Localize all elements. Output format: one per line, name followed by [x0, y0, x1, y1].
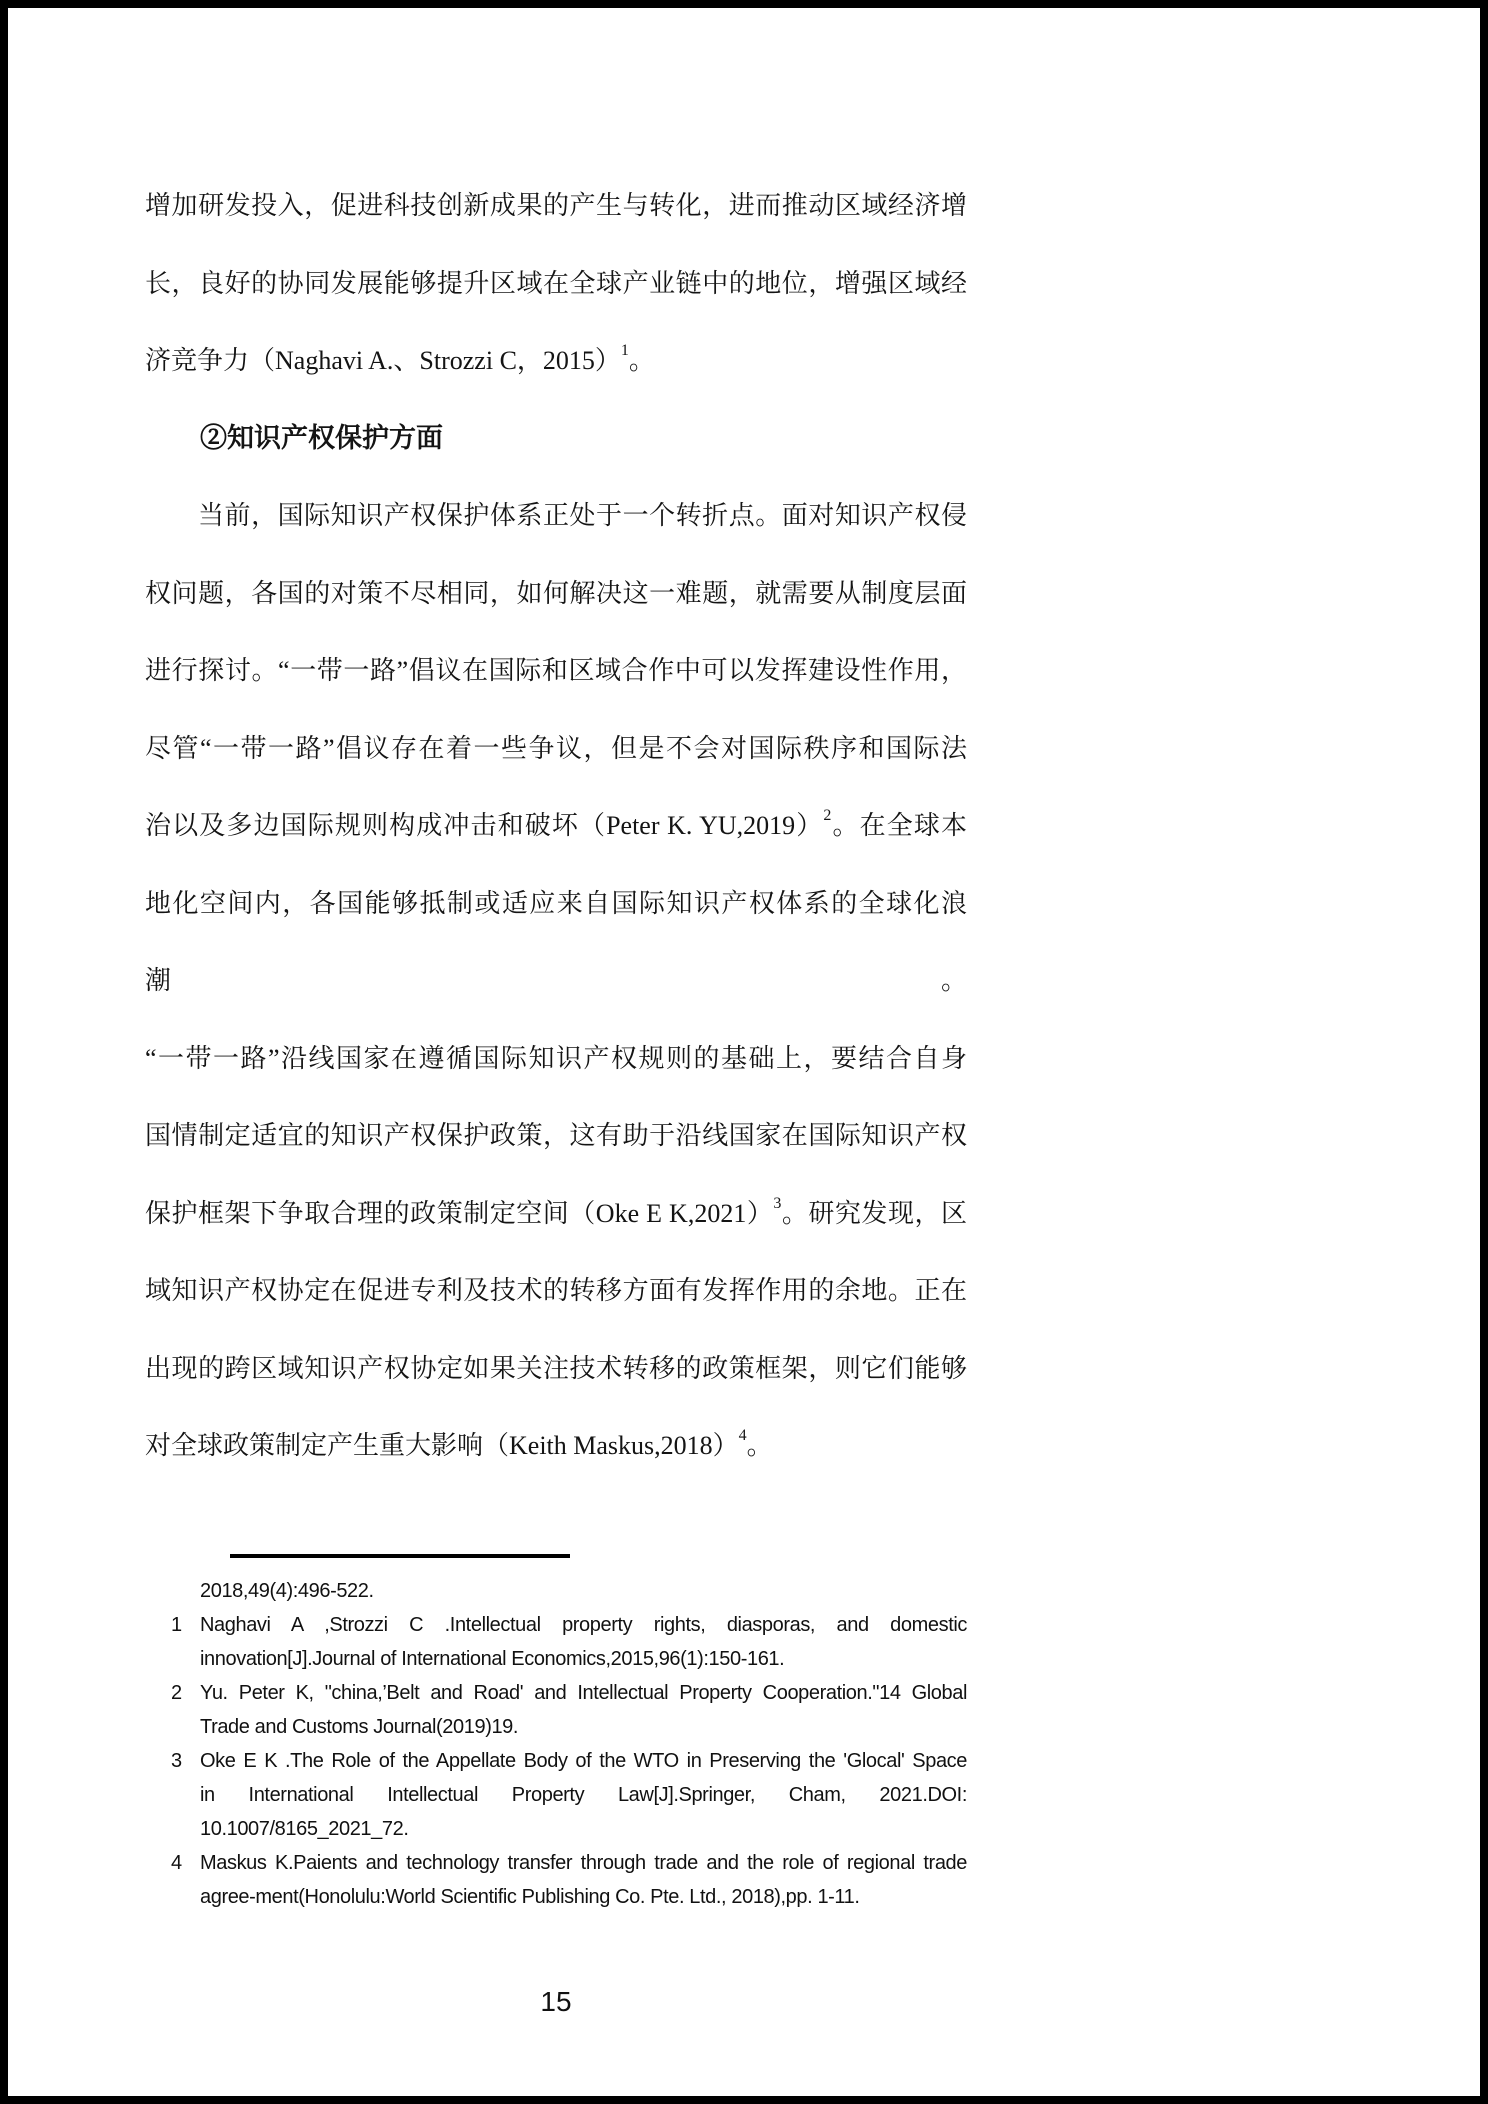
text-line: 对全球政策制定产生重大影响（Keith Maskus,2018）4。 — [145, 1407, 967, 1485]
footnote-line: in International Intellectual Property L… — [200, 1778, 967, 1812]
text-line: 国情制定适宜的知识产权保护政策，这有助于沿线国家在国际知识产权 — [145, 1097, 967, 1175]
text-line: 地化空间内，各国能够抵制或适应来自国际知识产权体系的全球化浪潮。 — [145, 865, 967, 1020]
text-line: 增加研发投入，促进科技创新成果的产生与转化，进而推动区域经济增 — [145, 167, 967, 245]
body-text: 增加研发投入，促进科技创新成果的产生与转化，进而推动区域经济增 长，良好的协同发… — [145, 167, 967, 1485]
footnote-line: Oke E K .The Role of the Appellate Body … — [200, 1744, 967, 1778]
text-line: 进行探讨。“一带一路”倡议在国际和区域合作中可以发挥建设性作用， — [145, 632, 967, 710]
document-page: 增加研发投入，促进科技创新成果的产生与转化，进而推动区域经济增 长，良好的协同发… — [0, 0, 1488, 2104]
footnote-continuation: 2018,49(4):496-522. — [145, 1574, 967, 1608]
footnote-ref-4: 4 — [739, 1427, 747, 1444]
footnotes: 2018,49(4):496-522. 1 Naghavi A ,Strozzi… — [145, 1574, 967, 1914]
footnote-separator — [230, 1554, 570, 1558]
footnote-item-1: 1 Naghavi A ,Strozzi C .Intellectual pro… — [145, 1608, 967, 1676]
footnote-ref-1: 1 — [621, 342, 629, 359]
footnote-item-4: 4 Maskus K.Paients and technology transf… — [145, 1846, 967, 1914]
text-line: 长，良好的协同发展能够提升区域在全球产业链中的地位，增强区域经 — [145, 245, 967, 323]
footnote-line: innovation[J].Journal of International E… — [200, 1642, 967, 1676]
footnote-number: 4 — [171, 1846, 182, 1880]
text-line: 保护框架下争取合理的政策制定空间（Oke E K,2021）3。研究发现，区 — [145, 1175, 967, 1253]
page-number: 15 — [145, 1986, 967, 2018]
text-line: 治以及多边国际规则构成冲击和破坏（Peter K. YU,2019）2。在全球本 — [145, 787, 967, 865]
footnote-number: 1 — [171, 1608, 182, 1642]
footnote-number: 3 — [171, 1744, 182, 1778]
text-line: 尽管“一带一路”倡议存在着一些争议，但是不会对国际秩序和国际法 — [145, 710, 967, 788]
footnote-line: Naghavi A ,Strozzi C .Intellectual prope… — [200, 1608, 967, 1642]
footnote-line: Yu. Peter K, "china,’Belt and Road' and … — [200, 1676, 967, 1710]
footnote-line: Maskus K.Paients and technology transfer… — [200, 1846, 967, 1880]
paragraph-2: 当前，国际知识产权保护体系正处于一个转折点。面对知识产权侵 权问题，各国的对策不… — [145, 477, 967, 1485]
footnote-number: 2 — [171, 1676, 182, 1710]
footnote-line: Trade and Customs Journal(2019)19. — [200, 1710, 967, 1744]
section-heading: ②知识产权保护方面 — [145, 400, 1022, 478]
footnote-item-2: 2 Yu. Peter K, "china,’Belt and Road' an… — [145, 1676, 967, 1744]
paragraph-1: 增加研发投入，促进科技创新成果的产生与转化，进而推动区域经济增 长，良好的协同发… — [145, 167, 967, 400]
text-line: 权问题，各国的对策不尽相同，如何解决这一难题，就需要从制度层面 — [145, 555, 967, 633]
text-line: 域知识产权协定在促进专利及技术的转移方面有发挥作用的余地。正在 — [145, 1252, 967, 1330]
footnote-line: agree-ment(Honolulu:World Scientific Pub… — [200, 1880, 967, 1914]
text-line: “一带一路”沿线国家在遵循国际知识产权规则的基础上，要结合自身 — [145, 1020, 967, 1098]
text-line: 出现的跨区域知识产权协定如果关注技术转移的政策框架，则它们能够 — [145, 1330, 967, 1408]
footnote-line: 10.1007/8165_2021_72. — [200, 1812, 967, 1846]
text-line: 当前，国际知识产权保护体系正处于一个转折点。面对知识产权侵 — [145, 477, 967, 555]
text-line: 济竞争力（Naghavi A.、Strozzi C，2015）1。 — [145, 322, 967, 400]
footnote-item-3: 3 Oke E K .The Role of the Appellate Bod… — [145, 1744, 967, 1846]
